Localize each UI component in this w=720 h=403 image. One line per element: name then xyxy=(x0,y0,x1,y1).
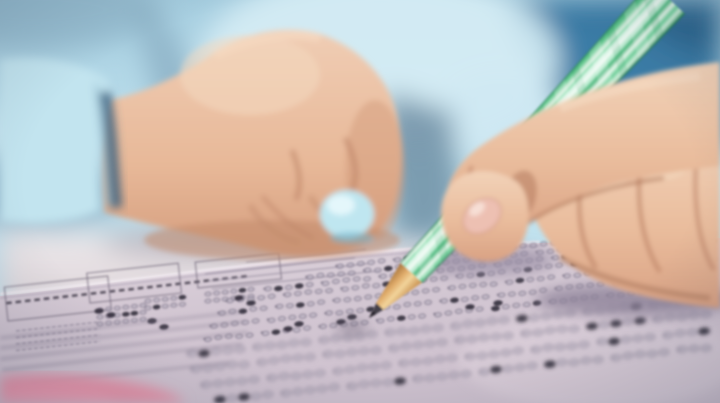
vignette-overlay xyxy=(0,0,720,403)
photo-canvas xyxy=(0,0,720,403)
screenshot-root: Close-up photo: a student's hands on a l… xyxy=(0,0,720,403)
